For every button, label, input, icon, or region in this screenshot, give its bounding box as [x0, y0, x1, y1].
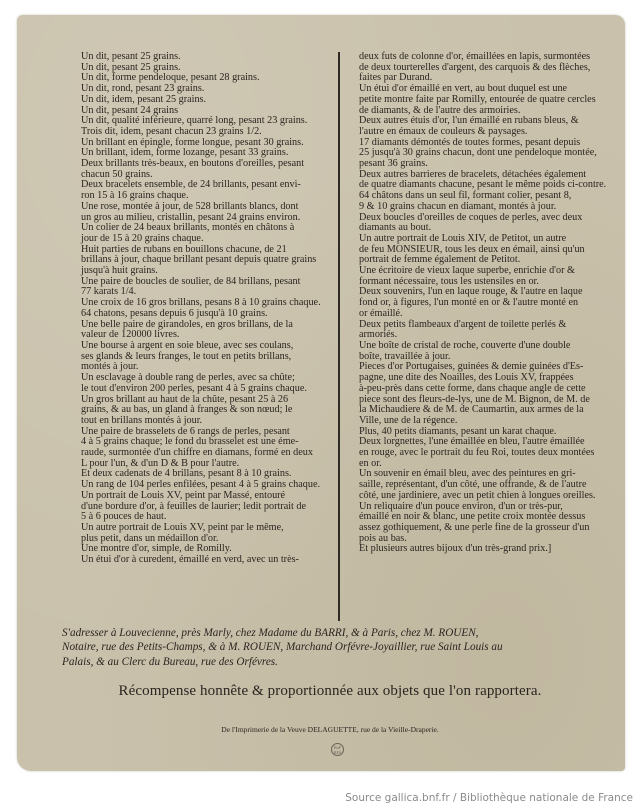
inventory-line: Ville, une de la régence. [347, 416, 611, 427]
inventory-item: Un esclavage à double rang de perles, av… [69, 373, 333, 394]
inventory-line: côté, une jardiniere, avec un petit chie… [347, 491, 611, 502]
inventory-item: Un portrait de Louis XV, peint par Massé… [69, 491, 333, 523]
address-line: Palais, & au Clerc du Bureau, rue des Or… [48, 655, 596, 669]
inventory-line: 64 chatons, pesans depuis 6 jusqu'à 10 g… [69, 309, 333, 320]
inventory-line: tout en brillans montés à jour. [69, 416, 333, 427]
left-column: Un dit, pesant 25 grains.Un dit, pesant … [69, 52, 333, 566]
library-stamp-icon: BnF RES [331, 743, 344, 756]
inventory-item: Un étui d'or émaillé en vert, au bout du… [347, 84, 611, 116]
inventory-item: deux futs de colonne d'or, émaillées en … [347, 52, 611, 84]
inventory-line: Et plusieurs autres bijoux d'un très-gra… [347, 544, 611, 555]
inventory-item: Une paire de brasselets de 6 rangs de pe… [69, 427, 333, 470]
inventory-item: Un souvenir en émail bleu, avec des pein… [347, 469, 611, 501]
inventory-item: Deux lorgnettes, l'une émaillée en bleu,… [347, 437, 611, 469]
inventory-line: Un dit, idem, pesant 25 grains. [69, 95, 333, 106]
printer-imprint: De l'Imprimerie de la Veuve DELAGUETTE, … [120, 725, 540, 734]
inventory-item: Deux boucles d'oreilles de coques de per… [347, 213, 611, 234]
inventory-item: Un colier de 24 beaux brillants, montés … [69, 223, 333, 244]
inventory-item: Un dit, idem, pesant 25 grains. [69, 95, 333, 106]
inventory-item: Pieces d'or Portugaises, guinées & demie… [347, 362, 611, 426]
inventory-item: Un autre portrait de Louis XV, peint par… [69, 523, 333, 544]
inventory-item: Deux petits flambeaux d'argent de toilet… [347, 320, 611, 341]
reward-heading: Récompense honnête & proportionnée aux o… [50, 683, 610, 700]
inventory-line: à-peu-près dans cette forme, dans chaque… [347, 384, 611, 395]
inventory-line: Un étui d'or à curedent, émaillé en verd… [69, 555, 333, 566]
inventory-item: Une écritoire de vieux laque superbe, en… [347, 266, 611, 287]
inventory-item: Une bourse à argent en soie bleue, avec … [69, 341, 333, 373]
address-line: S'adresser à Louvecienne, près Marly, ch… [48, 626, 596, 640]
inventory-item: Deux bracelets ensemble, de 24 brillants… [69, 180, 333, 201]
inventory-line: Une rose, montée à jour, de 528 brillant… [69, 202, 333, 213]
inventory-line: Un portrait de Louis XV, peint par Massé… [69, 491, 333, 502]
inventory-item: Et plusieurs autres bijoux d'un très-gra… [347, 544, 611, 555]
column-divider [338, 52, 340, 621]
inventory-item: Un autre portrait de Louis XIV, de Petit… [347, 234, 611, 266]
inventory-item: Un étui d'or à curedent, émaillé en verd… [69, 555, 333, 566]
inventory-item: 64 chatons, pesans depuis 6 jusqu'à 10 g… [69, 309, 333, 320]
inventory-line: en rouge, avec le portrait du feu Roi, t… [347, 448, 611, 459]
inventory-line: or émaillé. [347, 309, 611, 320]
inventory-item: Un gros brillant au haut de la chûte, pe… [69, 395, 333, 427]
address-line: Notaire, rue des Petits-Champs, & à M. R… [48, 640, 596, 654]
inventory-item: Deux autres barrieres de bracelets, déta… [347, 170, 611, 191]
inventory-line: petite montre faite par Romilly, entouré… [347, 95, 611, 106]
address-paragraph: S'adresser à Louvecienne, près Marly, ch… [48, 626, 596, 669]
inventory-line: 9 & 10 grains chacun en diamant, montés … [347, 202, 611, 213]
inventory-item: 17 diamants démontés de toutes formes, p… [347, 138, 611, 170]
inventory-item: Une boîte de cristal de roche, couverte … [347, 341, 611, 362]
inventory-item: Deux brillants très-beaux, en boutons d'… [69, 159, 333, 180]
source-credit: Source gallica.bnf.fr / Bibliothèque nat… [345, 792, 633, 804]
inventory-item: Une paire de boucles de soulier, de 84 b… [69, 277, 333, 298]
inventory-item: Deux souvenirs, l'un en laque rouge, & l… [347, 287, 611, 319]
right-column: deux futs de colonne d'or, émaillées en … [347, 52, 611, 555]
inventory-item: Une rose, montée à jour, de 528 brillant… [69, 202, 333, 223]
inventory-item: 64 châtons dans un seul fil, formant col… [347, 191, 611, 212]
inventory-item: Huit parties de rubans en bouillons chac… [69, 245, 333, 277]
inventory-line: le tout d'environ 200 perles, pesant 4 à… [69, 384, 333, 395]
inventory-item: Une belle paire de girandoles, en gros b… [69, 320, 333, 341]
inventory-item: Deux autres étuis d'or, l'un émaillé en … [347, 116, 611, 137]
inventory-item: Un reliquaire d'un pouce environ, d'un o… [347, 502, 611, 545]
